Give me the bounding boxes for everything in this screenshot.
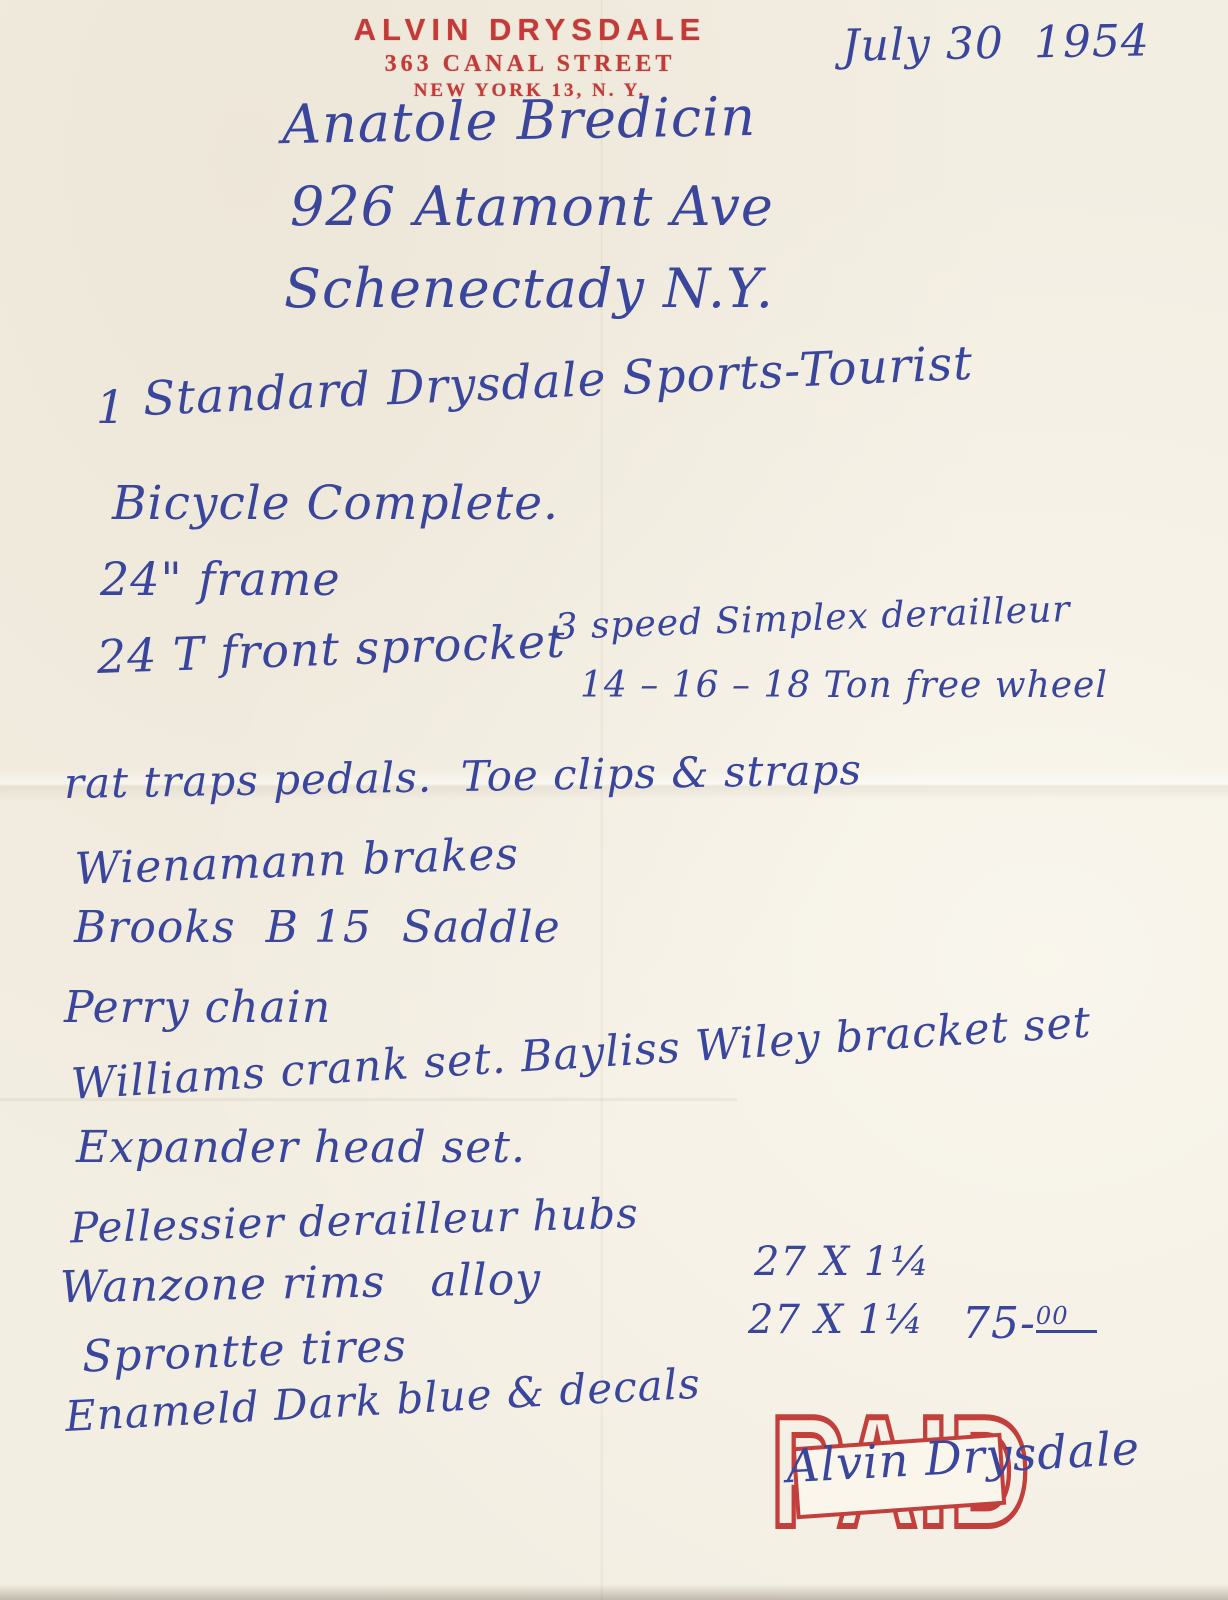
spec-rims: Wanzone rims alloy <box>60 1258 542 1310</box>
customer-name: Anatole Bredicin <box>282 90 757 152</box>
receipt-document: ALVIN DRYSDALE 363 CANAL STREET NEW YORK… <box>0 0 1228 1600</box>
item-description-1: Standard Drysdale Sports-Tourist <box>142 340 974 423</box>
spec-tires: Sprontte tires <box>81 1324 407 1379</box>
price-separator: - <box>1020 1298 1036 1349</box>
quantity: 1 <box>96 384 126 430</box>
letterhead-business-name: ALVIN DRYSDALE <box>150 12 910 48</box>
scan-edge-shadow <box>0 1584 1228 1600</box>
date-line: July 30 1954 <box>842 19 1151 68</box>
item-description-2: Bicycle Complete. <box>112 480 559 527</box>
spec-hubs: Pellessier derailleur hubs <box>70 1193 640 1250</box>
spec-brakes: Wienamann brakes <box>74 832 520 891</box>
spec-saddle: Brooks B 15 Saddle <box>74 906 561 950</box>
vertical-fold-crease <box>600 0 604 1600</box>
total-price: 75-00 <box>962 1302 1097 1346</box>
price-dollars: 75 <box>962 1298 1020 1349</box>
spec-pedals: rat traps pedals. Toe clips & straps <box>64 749 863 805</box>
spec-freewheel: 14 – 16 – 18 Ton free wheel <box>580 668 1108 704</box>
price-cents: 00 <box>1036 1302 1097 1333</box>
spec-rims-size: 27 X 1¼ <box>754 1242 930 1282</box>
spec-headset: Expander head set. <box>76 1126 526 1170</box>
customer-city: Schenectady N.Y. <box>284 262 774 316</box>
spec-tires-size: 27 X 1¼ <box>748 1300 924 1340</box>
letterhead-street: 363 CANAL STREET <box>150 51 910 78</box>
spec-front-sprocket: 24 T front sprocket <box>96 618 566 680</box>
customer-street: 926 Atamont Ave <box>290 180 774 234</box>
spec-derailleur: 3 speed Simplex derailleur <box>554 592 1071 646</box>
spec-frame: 24" frame <box>100 556 341 602</box>
spec-chain: Perry chain <box>64 986 331 1030</box>
